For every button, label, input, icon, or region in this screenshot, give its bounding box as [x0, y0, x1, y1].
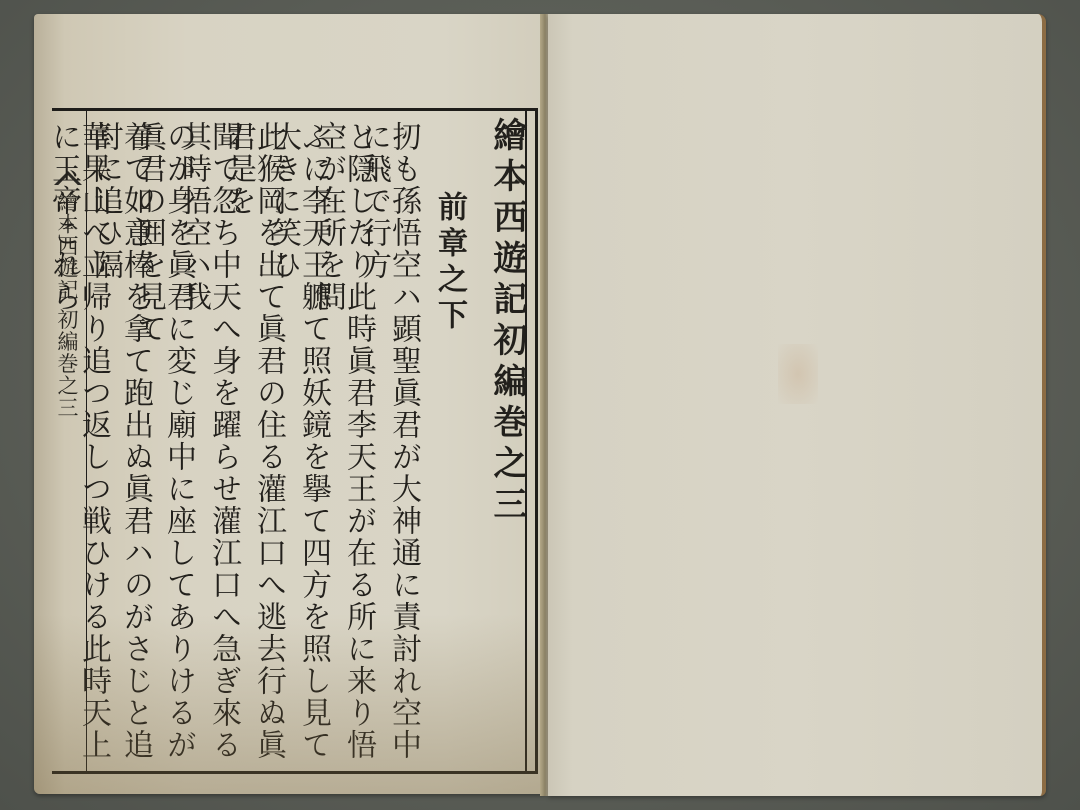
- left-page: 繪本西遊記 初編巻之三 繪本西遊記初編巻之三 前章之下 扨も孫悟空ハ顕聖眞君が大…: [34, 14, 546, 794]
- paper-stain: [778, 344, 818, 404]
- text-frame: 繪本西遊記 初編巻之三 繪本西遊記初編巻之三 前章之下 扨も孫悟空ハ顕聖眞君が大…: [52, 108, 538, 774]
- body-column: 華果山へ立帰り追つ返しつ戦ひける此時天上に玉帝これら: [48, 121, 108, 771]
- right-page-blank: [548, 14, 1046, 796]
- page-title: 繪本西遊記初編巻之三: [490, 117, 524, 527]
- chapter-subtitle: 前章之下: [434, 191, 464, 335]
